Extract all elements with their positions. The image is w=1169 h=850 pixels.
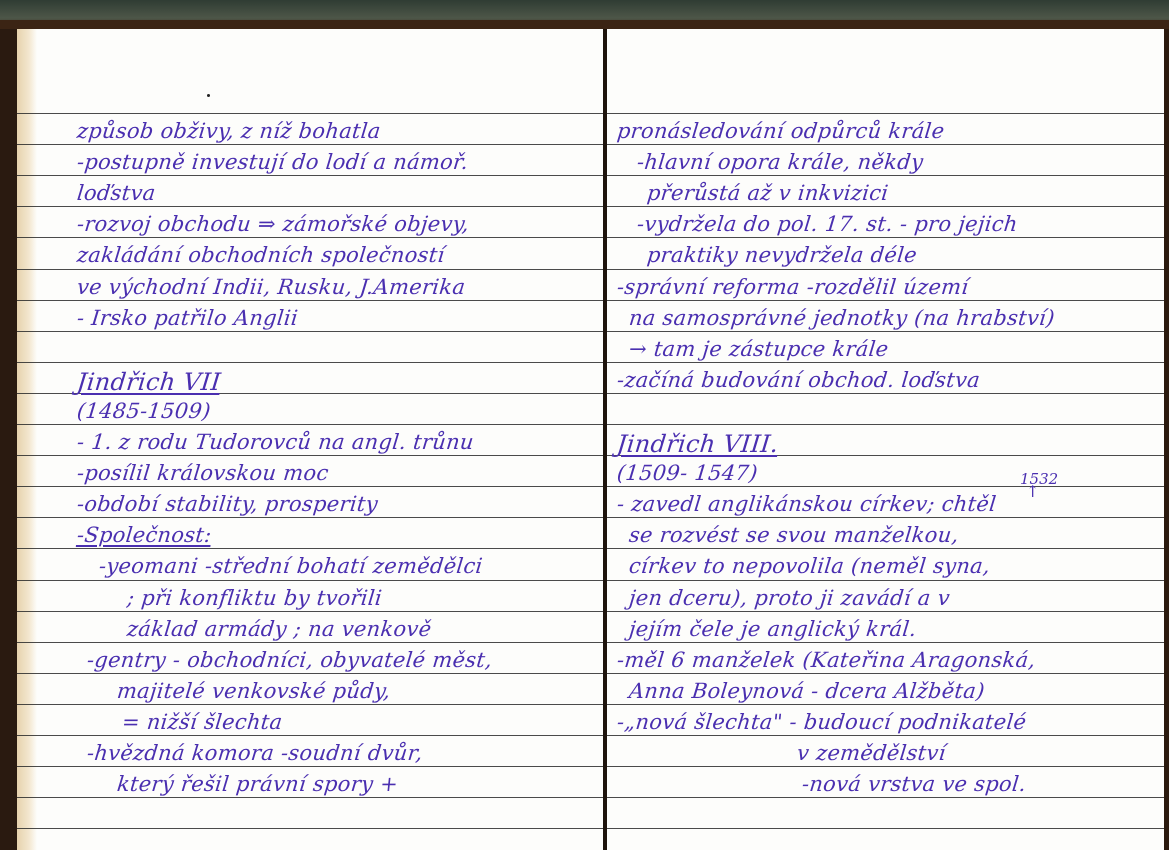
- page-margin-tint: [17, 29, 37, 850]
- note-line: → tam je zástupce krále: [628, 339, 890, 360]
- note-line: -nová vrstva ve spol.: [801, 774, 1027, 795]
- ruled-line: [607, 362, 1164, 363]
- section-heading: Jindřich VII: [76, 370, 222, 394]
- note-line: přerůstá až v inkvizici: [646, 183, 890, 204]
- ruled-line: [17, 331, 604, 332]
- ruled-line: [17, 144, 604, 145]
- section-heading: Jindřich VIII.: [616, 432, 780, 456]
- note-line: (1485-1509): [76, 401, 212, 422]
- ruled-line: [607, 486, 1164, 487]
- annotation-arrow-icon: ↑: [1026, 484, 1039, 500]
- note-line: se rozvést se svou manželkou,: [628, 525, 960, 546]
- note-line: -začíná budování obchod. loďstva: [616, 370, 981, 391]
- note-line: -období stability, prosperity: [76, 494, 379, 515]
- ruled-line: [17, 455, 604, 456]
- ruled-line: [17, 300, 604, 301]
- notebook-left-page: způsob obživy, z níž bohatla-postupně in…: [17, 29, 604, 850]
- ruled-line: [607, 300, 1164, 301]
- ruled-line: [17, 642, 604, 643]
- ruled-line: [607, 424, 1164, 425]
- ruled-line: [17, 735, 604, 736]
- ruled-line: [17, 611, 604, 612]
- ruled-line: [17, 766, 604, 767]
- ruled-line: [17, 237, 604, 238]
- note-line: způsob obživy, z níž bohatla: [76, 121, 382, 142]
- note-line: -správní reforma -rozdělil území: [616, 277, 970, 298]
- ruled-line: [17, 704, 604, 705]
- ruled-line: [607, 611, 1164, 612]
- note-line: -hlavní opora krále, někdy: [636, 152, 924, 173]
- ruled-line: [17, 424, 604, 425]
- ruled-line: [607, 673, 1164, 674]
- ruled-line: [607, 175, 1164, 176]
- note-line: -gentry - obchodníci, obyvatelé měst,: [86, 650, 493, 671]
- note-line: jen dceru), proto ji zavádí a v: [628, 588, 951, 609]
- ruled-line: [607, 517, 1164, 518]
- note-line: základ armády ; na venkově: [126, 619, 433, 640]
- note-line: praktiky nevydržela déle: [646, 245, 918, 266]
- note-line: -postupně investují do lodí a námoř.: [76, 152, 469, 173]
- note-line: -vydržela do pol. 17. st. - pro jejich: [636, 214, 1019, 235]
- ruled-line: [607, 766, 1164, 767]
- ruled-line: [17, 828, 604, 829]
- ruled-line: [17, 113, 604, 114]
- ruled-line: [17, 362, 604, 363]
- ruled-line: [607, 206, 1164, 207]
- notebook-cover-left: [0, 29, 17, 850]
- note-line: ve východní Indii, Rusku, J.Amerika: [76, 277, 466, 298]
- ruled-line: [17, 517, 604, 518]
- note-line: loďstva: [76, 183, 157, 204]
- note-line: zakládání obchodních společností: [76, 245, 446, 266]
- note-line: -„nová šlechta" - budoucí podnikatelé: [616, 712, 1028, 733]
- note-line: jejím čele je anglický král.: [628, 619, 918, 640]
- ruled-line: [607, 797, 1164, 798]
- ruled-line: [17, 486, 604, 487]
- notebook-cover-right: [1164, 29, 1169, 850]
- note-line: majitelé venkovské půdy,: [116, 681, 392, 702]
- note-line: -posílil královskou moc: [76, 463, 330, 484]
- ruled-line: [17, 580, 604, 581]
- note-line: který řešil právní spory +: [116, 774, 399, 795]
- note-line: Anna Boleynová - dcera Alžběta): [628, 681, 986, 702]
- note-line: - zavedl anglikánskou církev; chtěl: [616, 494, 997, 515]
- note-line: -rozvoj obchodu ⇒ zámořské objevy,: [76, 214, 470, 235]
- ruled-line: [17, 206, 604, 207]
- note-line: - Irsko patřilo Anglii: [76, 308, 299, 329]
- ink-dot: [207, 94, 210, 97]
- note-line: na samosprávné jednotky (na hrabství): [628, 308, 1056, 329]
- note-line: -hvězdná komora -soudní dvůr,: [86, 743, 424, 764]
- note-line: - 1. z rodu Tudorovců na angl. trůnu: [76, 432, 475, 453]
- note-line: (1509- 1547): [616, 463, 759, 484]
- note-line: církev to nepovolila (neměl syna,: [628, 556, 991, 577]
- ruled-line: [607, 704, 1164, 705]
- ruled-line: [607, 144, 1164, 145]
- ruled-line: [607, 828, 1164, 829]
- ruled-line: [607, 113, 1164, 114]
- note-line: -měl 6 manželek (Kateřina Aragonská,: [616, 650, 1037, 671]
- ruled-line: [17, 269, 604, 270]
- ruled-line: [17, 548, 604, 549]
- ruled-line: [607, 393, 1164, 394]
- ruled-line: [607, 269, 1164, 270]
- ruled-line: [607, 735, 1164, 736]
- ruled-line: [607, 642, 1164, 643]
- note-line: pronásledování odpůrců krále: [616, 121, 946, 142]
- ruled-line: [607, 237, 1164, 238]
- ruled-line: [607, 580, 1164, 581]
- ruled-line: [17, 175, 604, 176]
- ruled-line: [17, 673, 604, 674]
- ruled-line: [17, 797, 604, 798]
- ruled-line: [607, 548, 1164, 549]
- note-line: ; při konfliktu by tvořili: [126, 588, 383, 609]
- notebook-right-page: pronásledování odpůrců krále-hlavní opor…: [607, 29, 1164, 850]
- note-line: -Společnost:: [76, 525, 213, 546]
- note-line: = nižší šlechta: [121, 712, 284, 733]
- ruled-line: [607, 331, 1164, 332]
- note-line: -yeomani -střední bohatí zemědělci: [98, 556, 484, 577]
- note-line: v zemědělství: [796, 743, 947, 764]
